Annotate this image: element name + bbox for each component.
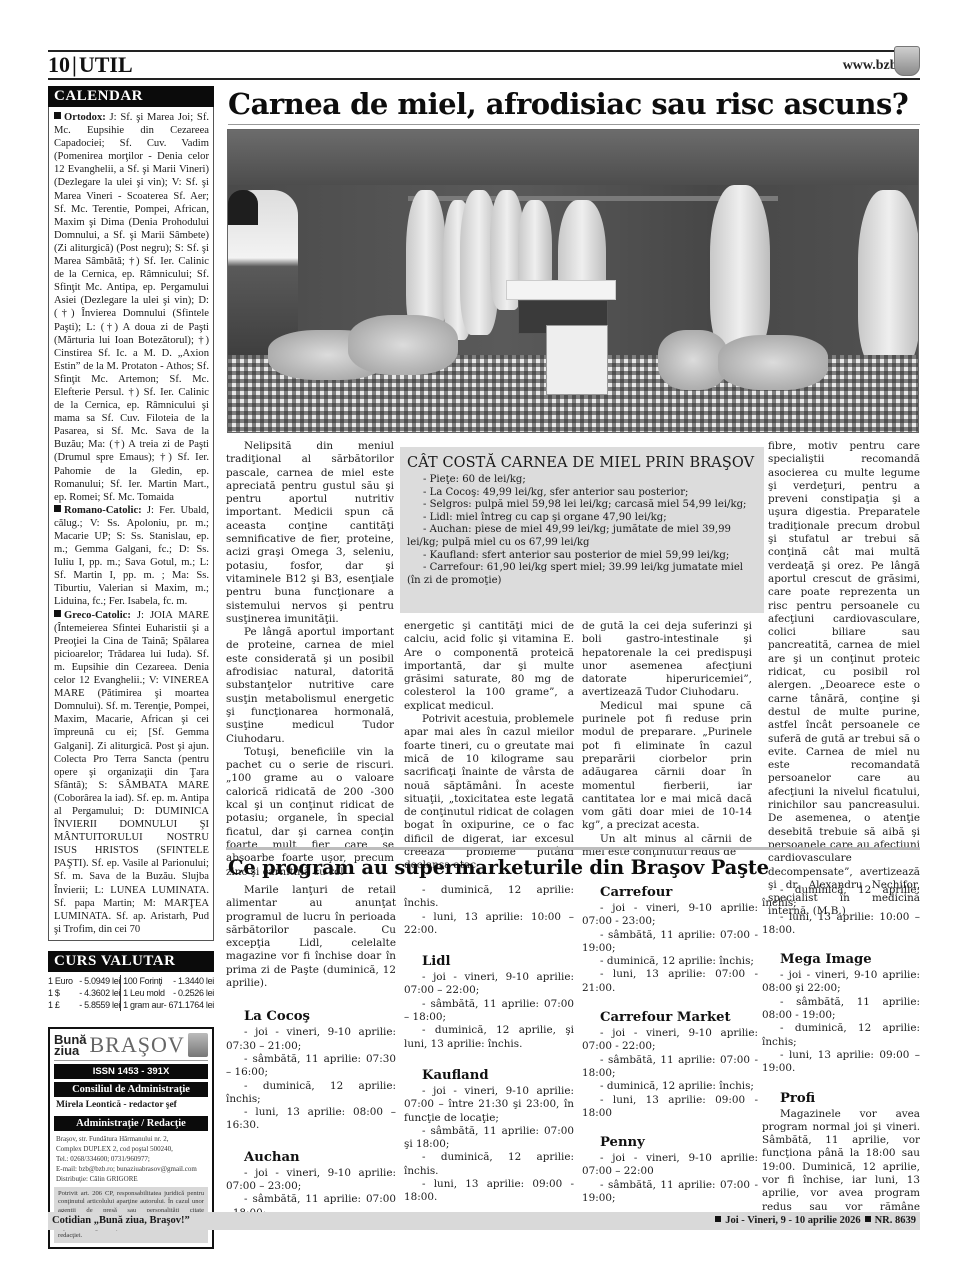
curs-valutar-box: CURS VALUTAR 1 Euro- 5.0949 lei 1 $- 4.3…	[48, 951, 214, 1011]
article-column-1: Nelipsită din meniul tradiţional al sărb…	[226, 440, 394, 879]
issn: ISSN 1453 - 391X	[54, 1064, 208, 1079]
article2-intro: Marile lanţuri de retail alimentar au an…	[226, 884, 396, 990]
price-item: - Lidl: miel întreg cu cap şi organe 47,…	[407, 512, 758, 525]
logo-crest-icon	[188, 1033, 208, 1057]
price-sidebar-box: CÂT COSTĂ CARNEA DE MIEL PRIN BRAŞOV - P…	[400, 447, 764, 613]
newspaper-logo: Bunăziua BRAŞOV	[54, 1032, 208, 1061]
price-item: - La Cocoş: 49,99 lei/kg, sfer anterior …	[407, 487, 758, 500]
rate-row: 1 Leu mold- 0.2526 lei	[123, 987, 214, 999]
contact-details: Braşov, str. Fundătura Hărmanului nr. 2,…	[54, 1131, 208, 1187]
article-column-2: energetic şi cantităţi mici de calciu, a…	[404, 620, 574, 873]
email-link[interactable]: E-mail: bzb@bzb.ro; bunaziuabrasov@gmail…	[56, 1164, 206, 1174]
newspaper-page: 10|UTIL www.bzb.ro CALENDAR Ortodox: J: …	[0, 0, 970, 1276]
bullet-square-icon	[54, 505, 61, 512]
exchange-rate-table: 1 Euro- 5.0949 lei 1 $- 4.3602 lei 1 £- …	[48, 972, 214, 1011]
editor-in-chief: Mirela Leontică - redactor şef	[54, 1097, 208, 1113]
calendar-ortodox: Ortodox: J: Sf. şi Marea Joi; Sf. Mc. Eu…	[54, 111, 209, 504]
rate-row: 1 Euro- 5.0949 lei	[48, 975, 120, 987]
article-divider	[226, 847, 920, 850]
rate-row: 100 Forinţi- 1.3440 lei	[123, 975, 214, 987]
store-name: Lidl	[404, 953, 574, 971]
admin-title: Administraţie / Redacţie	[54, 1116, 208, 1131]
calendar-box: Ortodox: J: Sf. şi Marea Joi; Sf. Mc. Eu…	[48, 107, 214, 941]
price-item: - Auchan: piese de miel 49,99 lei/kg; ju…	[407, 524, 758, 549]
store-name: Carrefour	[582, 884, 758, 902]
store-name: Carrefour Market	[582, 1009, 758, 1027]
brasov-crest-icon	[894, 46, 920, 76]
page-number: 10	[48, 52, 70, 77]
page-footer: Cotidian „Bună ziua, Braşov!” Joi - Vine…	[48, 1212, 920, 1230]
bullet-square-icon	[54, 610, 61, 617]
article-column-3: de gută la cei deja suferinzi şi boli ga…	[582, 620, 752, 859]
schedule-column-4: - duminică, 12 aprilie: închis; - luni, …	[762, 884, 920, 1227]
calendar-romano-catolic: Romano-Catolic: J: Fer. Ubald, călug.; V…	[54, 504, 209, 609]
price-sign	[546, 325, 608, 395]
left-sidebar: CALENDAR Ortodox: J: Sf. şi Marea Joi; S…	[48, 86, 214, 1249]
section-name: UTIL	[79, 52, 133, 77]
article2-headline: Ce program au supermarketurile din Braşo…	[228, 855, 769, 881]
store-name: Kaufland	[404, 1067, 574, 1085]
section-label: 10|UTIL	[48, 52, 133, 78]
price-box-title: CÂT COSTĂ CARNEA DE MIEL PRIN BRAŞOV	[407, 453, 758, 473]
bullet-square-icon	[54, 112, 61, 119]
exchange-rates-right: 100 Forinţi- 1.3440 lei 1 Leu mold- 0.25…	[120, 975, 214, 1011]
store-name: Profi	[762, 1090, 920, 1108]
schedule-column-3: Carrefour - joi - vineri, 9-10 aprilie: …	[582, 884, 758, 1205]
schedule-column-1: Marile lanţuri de retail alimentar au an…	[226, 884, 396, 1220]
price-item: - Selgros: pulpă miel 59,98 lei lei/kg; …	[407, 499, 758, 512]
rate-row: 1 £- 5.8559 lei	[48, 999, 120, 1011]
article-photo	[227, 129, 919, 433]
bullet-square-icon	[715, 1216, 721, 1222]
issue-info: Joi - Vineri, 9 - 10 aprilie 2026NR. 863…	[711, 1212, 916, 1230]
price-item: - Carrefour: 61,90 lei/kg spert miel; 39…	[407, 562, 758, 587]
store-name: La Cocoş	[226, 1008, 396, 1026]
board-title: Consiliul de Administraţie	[54, 1082, 208, 1097]
calendar-title: CALENDAR	[48, 86, 214, 107]
rate-row: 1 $- 4.3602 lei	[48, 987, 120, 999]
price-item: - Pieţe: 60 de lei/kg;	[407, 474, 758, 487]
page-header: 10|UTIL www.bzb.ro	[48, 50, 920, 80]
schedule-column-2: - duminică, 12 aprilie: închis. - luni, …	[404, 884, 574, 1205]
exchange-rates-left: 1 Euro- 5.0949 lei 1 $- 4.3602 lei 1 £- …	[48, 975, 120, 1011]
curs-valutar-title: CURS VALUTAR	[48, 951, 214, 972]
store-name: Auchan	[226, 1149, 396, 1167]
article-headline: Carnea de miel, afrodisiac sau risc ascu…	[228, 84, 920, 125]
bullet-square-icon	[865, 1216, 871, 1222]
publication-name: Cotidian „Bună ziua, Braşov!”	[52, 1212, 190, 1230]
price-item: - Kaufland: sfert anterior sau posterior…	[407, 550, 758, 563]
calendar-greco-catolic: Greco-Catolic: J: JOIA MARE (Întemeierea…	[54, 609, 209, 936]
rate-row: 1 gram aur- 671.1764 lei	[123, 999, 214, 1011]
weighing-scale	[506, 280, 616, 300]
store-name: Penny	[582, 1134, 758, 1152]
store-name: Mega Image	[762, 951, 920, 969]
